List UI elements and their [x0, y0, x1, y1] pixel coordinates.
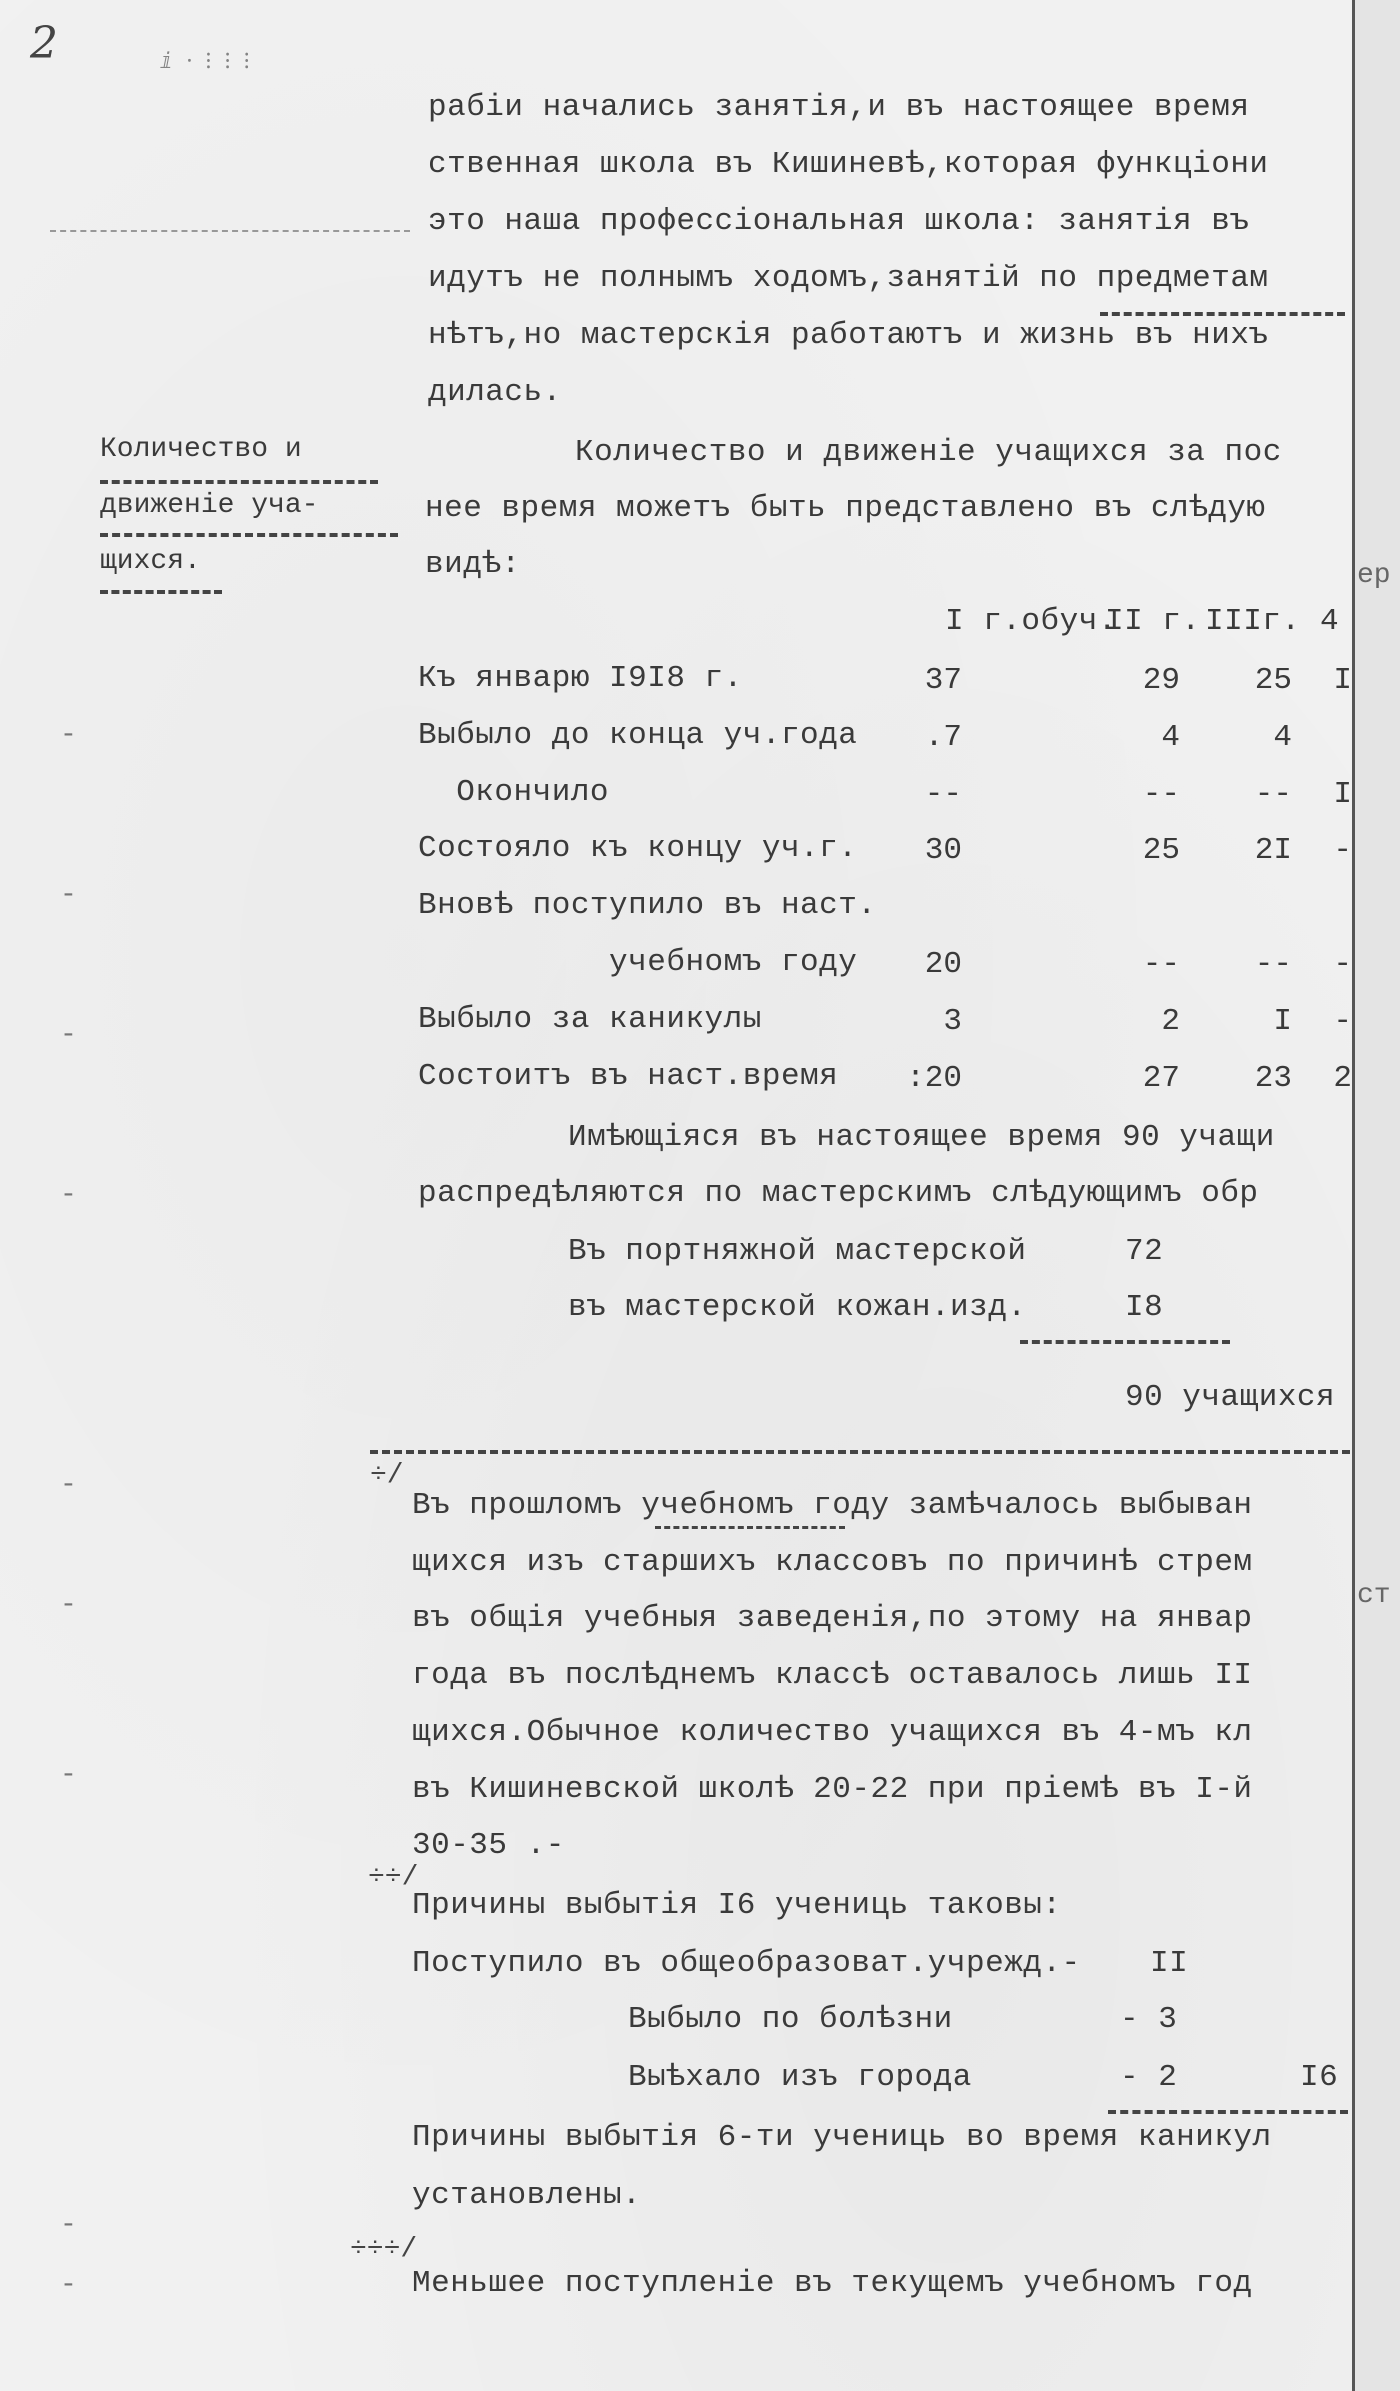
table-cell: -- [1100, 947, 1180, 982]
workshops-total: 90 учащихся [1125, 1382, 1335, 1413]
table-row-label: Окончило [418, 777, 609, 808]
table-cell: 29 [1100, 663, 1180, 698]
margin-tick: - [60, 2270, 77, 2301]
page-number: 2 [30, 18, 58, 69]
reasons-total: I6 [1300, 2062, 1338, 2093]
footnote-line: Причины выбытія 6-ти учениць во время ка… [412, 2122, 1272, 2153]
table-cell: 4 [1212, 720, 1292, 755]
table-cell: 2 [1272, 1061, 1352, 1096]
footnote-line: щихся.Обычное количество учащихся въ 4-м… [412, 1717, 1253, 1748]
footnote-line: Въ прошломъ учебномъ году замѣчалось выб… [412, 1490, 1253, 1521]
movement-line: видѣ: [425, 549, 521, 580]
margin-note-underline [100, 533, 398, 537]
table-cell: - [1272, 833, 1352, 868]
page-content: 2 ⅈ ⸱ ⁝ ⁝ ⁝ рабіи начались занятія,и въ … [0, 0, 1352, 2391]
table-cell: 30 [882, 833, 962, 868]
table-cell: 27 [1100, 1061, 1180, 1096]
underline [655, 1526, 845, 1529]
margin-tick: - [60, 1020, 77, 1051]
intro-line: идутъ не полнымъ ходомъ,занятій по предм… [428, 263, 1269, 294]
sum-rule [1020, 1340, 1230, 1344]
reason-label: Поступило въ общеобразоват.учрежд.- [412, 1948, 1081, 1979]
reason-count: - 2 [1120, 2062, 1177, 2093]
underline [1100, 312, 1345, 316]
table-cell: -- [882, 777, 962, 812]
edge-fragment: ер [1357, 560, 1391, 591]
margin-tick: - [60, 2210, 77, 2241]
margin-tick: - [60, 880, 77, 911]
table-cell: -- [1100, 777, 1180, 812]
margin-note-underline [100, 590, 222, 594]
reason-label: Выбыло по болѣзни [628, 2004, 953, 2035]
reason-count: II [1150, 1948, 1188, 1979]
table-row-label: Состоитъ въ наст.время [418, 1061, 838, 1092]
intro-line: дилась. [428, 377, 562, 408]
footnote-marker: ÷÷/ [368, 1862, 418, 1893]
table-cell: 20 [882, 947, 962, 982]
margin-tick: - [60, 1180, 77, 1211]
intro-line: рабіи начались занятія,и въ настоящее вр… [428, 92, 1249, 123]
margin-tick: - [60, 720, 77, 751]
workshop-label: Въ портняжной мастерской [568, 1236, 1026, 1267]
table-cell: - [1272, 947, 1352, 982]
document-page: 2 ⅈ ⸱ ⁝ ⁝ ⁝ рабіи начались занятія,и въ … [0, 0, 1352, 2391]
workshop-count: I8 [1125, 1292, 1163, 1323]
margin-tick: - [60, 1470, 77, 1501]
table-row-label: Выбыло за каникулы [418, 1004, 762, 1035]
footnote-line: 30-35 .- [412, 1830, 565, 1861]
table-header-cell: IIIг. [1205, 606, 1301, 637]
intro-line: нѣтъ,но мастерскія работаютъ и жизнь въ … [428, 320, 1269, 351]
footnote-line: въ Кишиневской школѣ 20-22 при пріемѣ въ… [412, 1774, 1253, 1805]
reason-label: Выѣхало изъ города [628, 2062, 972, 2093]
table-row-label: Состояло къ концу уч.г. [418, 833, 857, 864]
distribution-line: Имѣющіяся въ настоящее время 90 учащи [568, 1122, 1275, 1153]
footnote-line: установлены. [412, 2180, 641, 2211]
table-cell: 2 [1100, 1004, 1180, 1039]
footnote-line: щихся изъ старшихъ классовъ по причинѣ с… [412, 1547, 1253, 1578]
edge-fragment: ст [1357, 1580, 1391, 1611]
table-header-cell: 4 [1320, 606, 1339, 637]
table-header-cell: I г.обуч. [945, 606, 1117, 637]
table-row-label: Къ январю I9I8 г. [418, 663, 743, 694]
table-cell: I [1272, 777, 1352, 812]
margin-tick: - [60, 1590, 77, 1621]
margin-note-line: щихся. [100, 548, 201, 576]
section-rule [370, 1450, 1350, 1454]
table-cell: 25 [1100, 833, 1180, 868]
table-cell: 37 [882, 663, 962, 698]
table-cell: 4 [1100, 720, 1180, 755]
table-cell: .7 [882, 720, 962, 755]
footnote-line: Причины выбытія I6 учениць таковы: [412, 1890, 1062, 1921]
workshop-count: 72 [1125, 1236, 1163, 1267]
table-row-label: Вновѣ поступило въ наст. [418, 890, 876, 921]
table-cell: - [1272, 1004, 1352, 1039]
footnote-line: Меньшее поступленіе въ текущемъ учебномъ… [412, 2268, 1253, 2299]
workshop-label: въ мастерской кожан.изд. [568, 1292, 1026, 1323]
table-cell: 3 [882, 1004, 962, 1039]
margin-rule [50, 230, 410, 232]
margin-note-underline [100, 480, 378, 484]
archive-stamp: ⅈ ⸱ ⁝ ⁝ ⁝ [160, 45, 250, 75]
footnote-marker: ÷/ [370, 1460, 404, 1491]
margin-tick: - [60, 1760, 77, 1791]
table-cell: I [1272, 663, 1352, 698]
intro-line: это наша профессіональная школа: занятія… [428, 206, 1249, 237]
reason-count: - 3 [1120, 2004, 1177, 2035]
intro-line: ственная школа въ Кишиневѣ,которая функц… [428, 149, 1269, 180]
footnote-line: въ общія учебныя заведенія,по этому на я… [412, 1603, 1253, 1634]
movement-line: нее время можетъ быть представлено въ сл… [425, 493, 1266, 524]
table-row-label: учебномъ году [418, 947, 857, 978]
table-cell: :20 [882, 1061, 962, 1096]
sum-rule [1108, 2110, 1348, 2114]
distribution-line: распредѣляются по мастерскимъ слѣдующимъ… [418, 1178, 1259, 1209]
margin-note-line: Количество и [100, 436, 302, 464]
footnote-marker: ÷÷÷/ [350, 2234, 417, 2265]
table-row-label: Выбыло до конца уч.года [418, 720, 857, 751]
footnote-line: года въ послѣднемъ классѣ оставалось лиш… [412, 1660, 1253, 1691]
movement-line: Количество и движеніе учащихся за пос [575, 437, 1282, 468]
adjacent-page-edge: ер ст [1355, 0, 1400, 2391]
margin-note-line: движеніе уча- [100, 492, 318, 520]
table-header-cell: II г. [1105, 606, 1201, 637]
